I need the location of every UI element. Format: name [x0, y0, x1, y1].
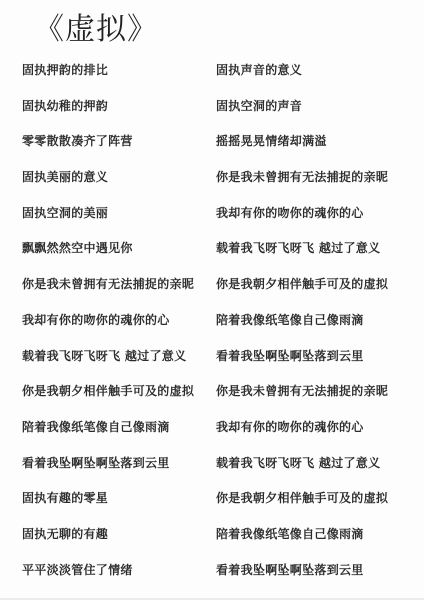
lyric-line: 你是我朝夕相伴触手可及的虚拟	[216, 272, 416, 308]
lyric-line: 我却有你的吻你的魂你的心	[22, 308, 222, 344]
lyric-line: 固执有趣的零星	[22, 486, 222, 522]
lyric-line: 我却有你的吻你的魂你的心	[216, 415, 416, 451]
lyric-line: 载着我飞呀飞呀飞 越过了意义	[216, 451, 416, 487]
lyric-line: 固执声音的意义	[216, 58, 416, 94]
lyric-line: 陪着我像纸笔像自己像雨滴	[22, 415, 222, 451]
lyrics-column-right: 固执声音的意义 固执空洞的声音 摇摇晃晃情绪却满溢 你是我未曾拥有无法捕捉的亲昵…	[216, 58, 416, 593]
lyric-line: 载着我飞呀飞呀飞 越过了意义	[22, 344, 222, 380]
lyrics-column-left: 固执押韵的排比 固执幼稚的押韵 零零散散凑齐了阵营 固执美丽的意义 固执空洞的美…	[22, 58, 222, 593]
lyric-line: 固执押韵的排比	[22, 58, 222, 94]
lyric-line: 我却有你的吻你的魂你的心	[216, 201, 416, 237]
lyric-line: 固执幼稚的押韵	[22, 94, 222, 130]
lyric-line: 固执美丽的意义	[22, 165, 222, 201]
lyric-line: 看着我坠啊坠啊坠落到云里	[216, 344, 416, 380]
lyric-line: 零零散散凑齐了阵营	[22, 129, 222, 165]
lyric-line: 你是我朝夕相伴触手可及的虚拟	[216, 486, 416, 522]
lyric-line: 陪着我像纸笔像自己像雨滴	[216, 522, 416, 558]
lyric-line: 固执空洞的美丽	[22, 201, 222, 237]
lyric-line: 你是我未曾拥有无法捕捉的亲昵	[22, 272, 222, 308]
lyric-line: 摇摇晃晃情绪却满溢	[216, 129, 416, 165]
lyric-line: 看着我坠啊坠啊坠落到云里	[216, 558, 416, 594]
lyric-line: 陪着我像纸笔像自己像雨滴	[216, 308, 416, 344]
song-title: 《虚拟》	[34, 10, 158, 50]
lyric-line: 载着我飞呀飞呀飞 越过了意义	[216, 236, 416, 272]
lyric-line: 你是我未曾拥有无法捕捉的亲昵	[216, 379, 416, 415]
lyric-line: 你是我朝夕相伴触手可及的虚拟	[22, 379, 222, 415]
lyric-line: 你是我未曾拥有无法捕捉的亲昵	[216, 165, 416, 201]
lyric-line: 固执空洞的声音	[216, 94, 416, 130]
lyric-line: 飘飘然然空中遇见你	[22, 236, 222, 272]
lyric-line: 固执无聊的有趣	[22, 522, 222, 558]
lyric-line: 平平淡淡管住了情绪	[22, 558, 222, 594]
lyric-line: 看着我坠啊坠啊坠落到云里	[22, 451, 222, 487]
